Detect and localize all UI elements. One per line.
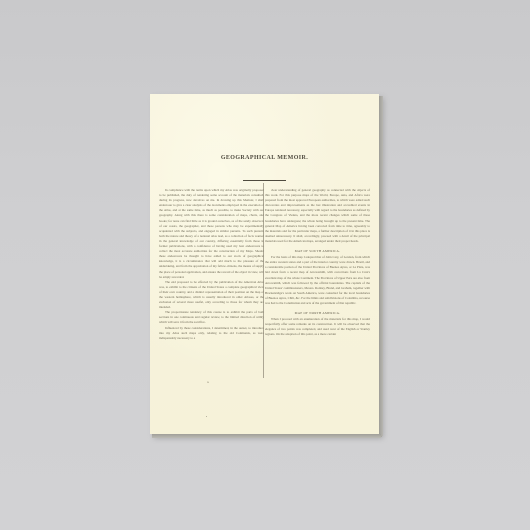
left-paragraph-1: In compliance with the terms upon which …	[159, 188, 264, 280]
canvas-print: GEOGRAPHICAL MEMOIR. In compliance with …	[150, 94, 379, 434]
canvas-edge-right	[379, 96, 383, 436]
north-america-paragraph: When I proceed with an enumeration of th…	[265, 317, 370, 337]
left-paragraph-4: Influenced by these considerations, I de…	[159, 326, 264, 341]
title-rule	[243, 180, 286, 181]
signature-mark: a	[207, 380, 209, 384]
section-heading-north-america: MAP OF NORTH AMERICA.	[265, 311, 370, 316]
south-america-paragraph: For the basis of this map I adopted that…	[265, 255, 370, 306]
paper-speck	[206, 416, 207, 417]
left-paragraph-3: The proportionate tendency of this cours…	[159, 310, 264, 325]
right-paragraph-1: clear understanding of general geography…	[265, 188, 370, 244]
right-column: clear understanding of general geography…	[265, 188, 370, 338]
column-rule	[263, 183, 264, 378]
left-paragraph-2: The end proposed to be effected by the p…	[159, 280, 264, 311]
section-heading-south-america: MAP OF SOUTH AMERICA.	[265, 249, 370, 254]
page-title: GEOGRAPHICAL MEMOIR.	[150, 155, 379, 161]
canvas-edge-bottom	[152, 434, 381, 438]
left-column: In compliance with the terms upon which …	[159, 188, 264, 341]
